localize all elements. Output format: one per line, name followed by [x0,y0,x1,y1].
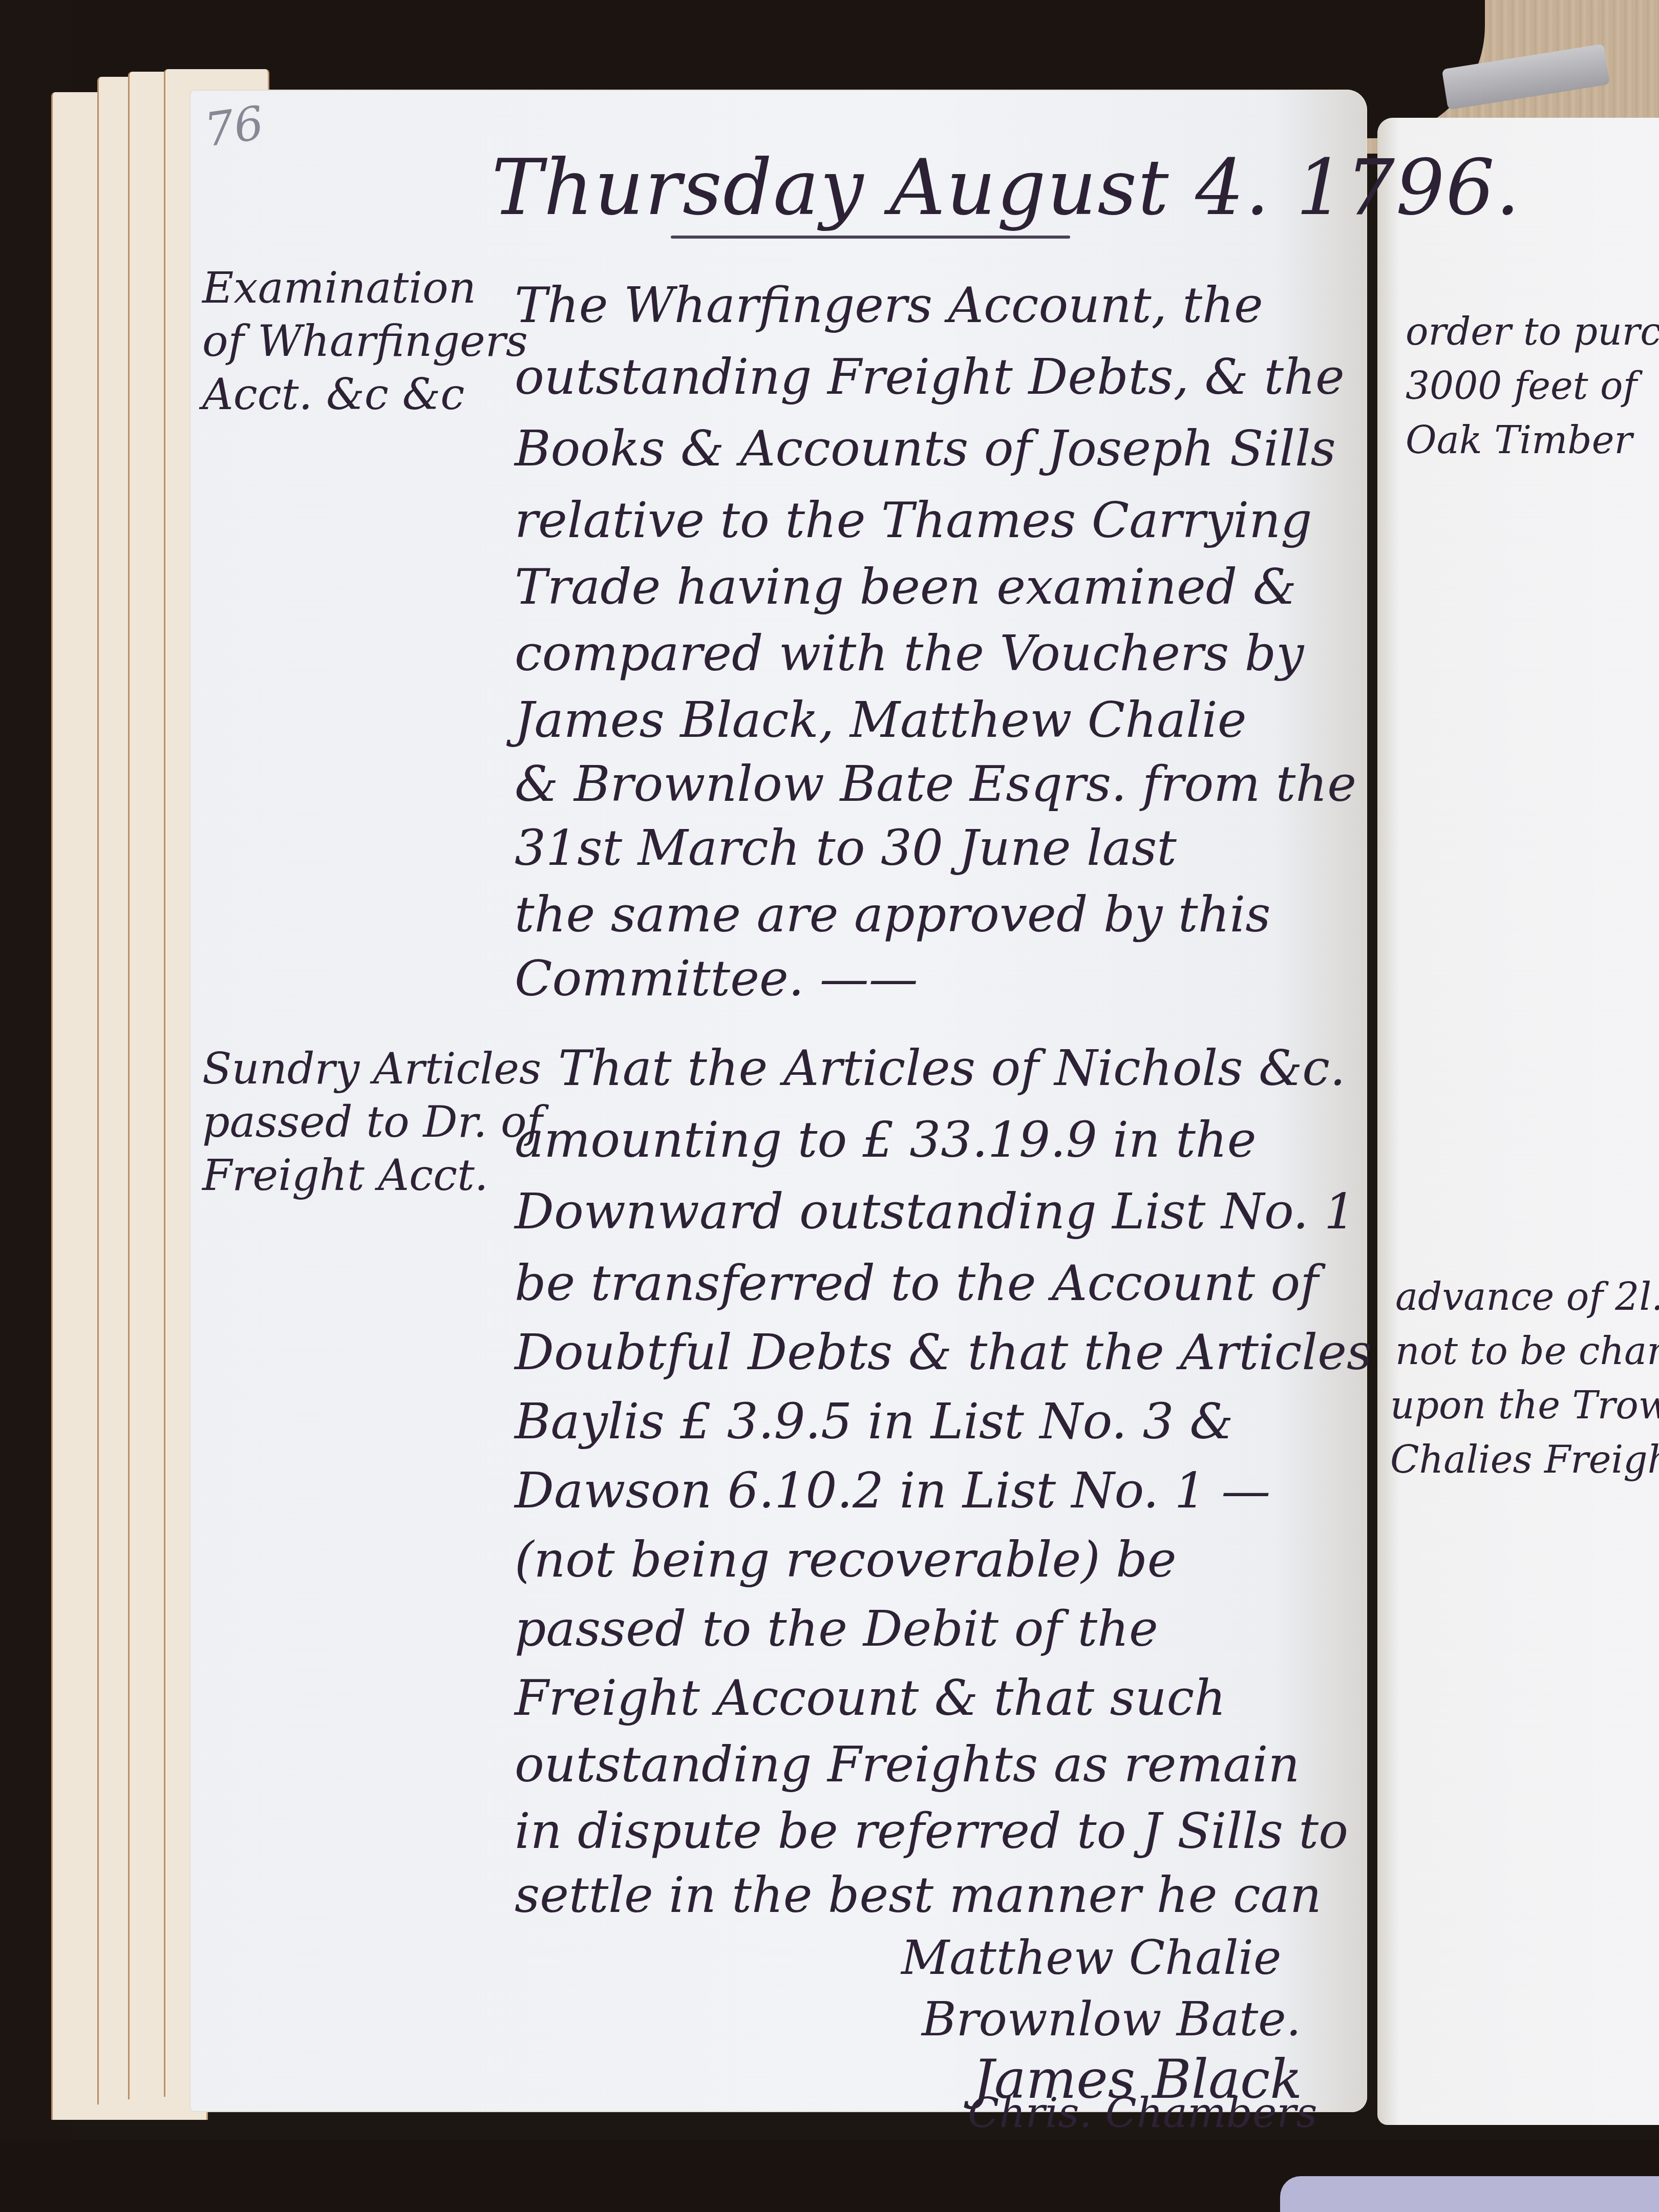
body-line: & Brownlow Bate Esqrs. from the [515,755,1356,813]
table-cloth [1280,2176,1659,2212]
facing-note-line: order to purchase [1406,305,1659,359]
margin-note-line: Sundry Articles [202,1042,541,1095]
body-line: That the Articles of Nichols &c. [558,1039,1346,1097]
body-line: be transferred to the Account of [515,1254,1318,1312]
body-line: outstanding Freights as remain [515,1736,1300,1793]
page-number: 76 [201,96,267,158]
body-line: 31st March to 30 June last [515,819,1177,877]
body-line: outstanding Freight Debts, & the [515,348,1345,406]
body-line: passed to the Debit of the [515,1600,1158,1657]
margin-note-line: Examination [202,261,476,314]
facing-note-line: upon the Trow [1390,1378,1659,1433]
body-line: Freight Account & that such [515,1669,1226,1727]
signature: Chris. Chambers [968,2089,1317,2137]
body-line: (not being recoverable) be [515,1531,1177,1588]
body-line: compared with the Vouchers by [515,625,1304,682]
signature: Brownlow Bate. [922,1992,1301,2047]
facing-note-line: advance of 2l. [1395,1270,1659,1324]
body-line: amounting to £ 33.19.9 in the [515,1111,1256,1168]
body-line: Dawson 6.10.2 in List No. 1 — [515,1462,1270,1519]
body-line: Books & Accounts of Joseph Sills [515,420,1336,477]
body-line: Trade having been examined & [515,558,1296,615]
margin-note-line: Freight Acct. [202,1148,488,1202]
body-line: Doubtful Debts & that the Articles [515,1324,1372,1381]
facing-note-line: 3000 feet of [1406,359,1637,413]
margin-note-line: passed to Dr. of [202,1095,543,1148]
signature: Matthew Chalie [901,1930,1281,1985]
facing-note-line: not to be charged [1395,1324,1659,1378]
body-line: in dispute be referred to J Sills to [515,1802,1348,1860]
heading-underline [671,236,1070,239]
facing-note-line: Chalies Freight [1390,1433,1659,1487]
body-line: James Black, Matthew Chalie [515,691,1247,749]
margin-note-line: of Wharfingers [202,314,528,368]
body-line: Downward outstanding List No. 1 [515,1183,1355,1240]
body-line: the same are approved by this [515,886,1270,943]
date-heading: Thursday August 4. 1796. [492,143,1521,232]
body-line: Committee. —— [515,950,918,1007]
body-line: settle in the best manner he can [515,1866,1322,1924]
margin-note-line: Acct. &c &c [202,368,464,421]
facing-note-line: Oak Timber [1406,413,1632,467]
body-line: relative to the Thames Carrying [515,492,1312,549]
body-line: The Wharfingers Account, the [515,276,1263,334]
body-line: Baylis £ 3.9.5 in List No. 3 & [515,1393,1233,1450]
